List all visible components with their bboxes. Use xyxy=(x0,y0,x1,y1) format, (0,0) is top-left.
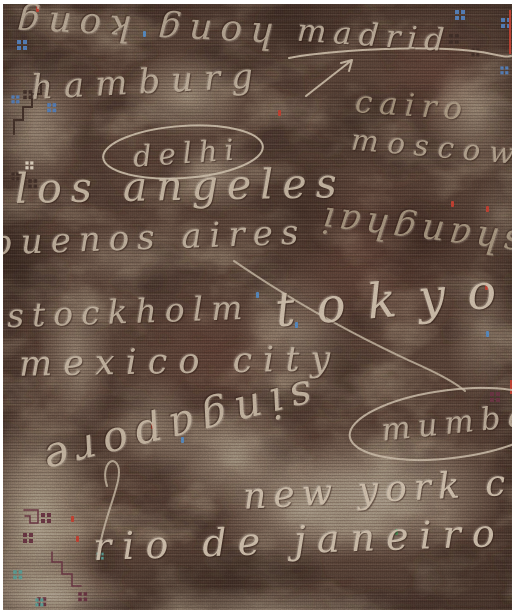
grain-noise xyxy=(3,4,512,610)
rug-field: hong kongmadridhamburgcairomoscowdelhilo… xyxy=(3,4,512,610)
rug-photo: hong kongmadridhamburgcairomoscowdelhilo… xyxy=(0,0,520,616)
